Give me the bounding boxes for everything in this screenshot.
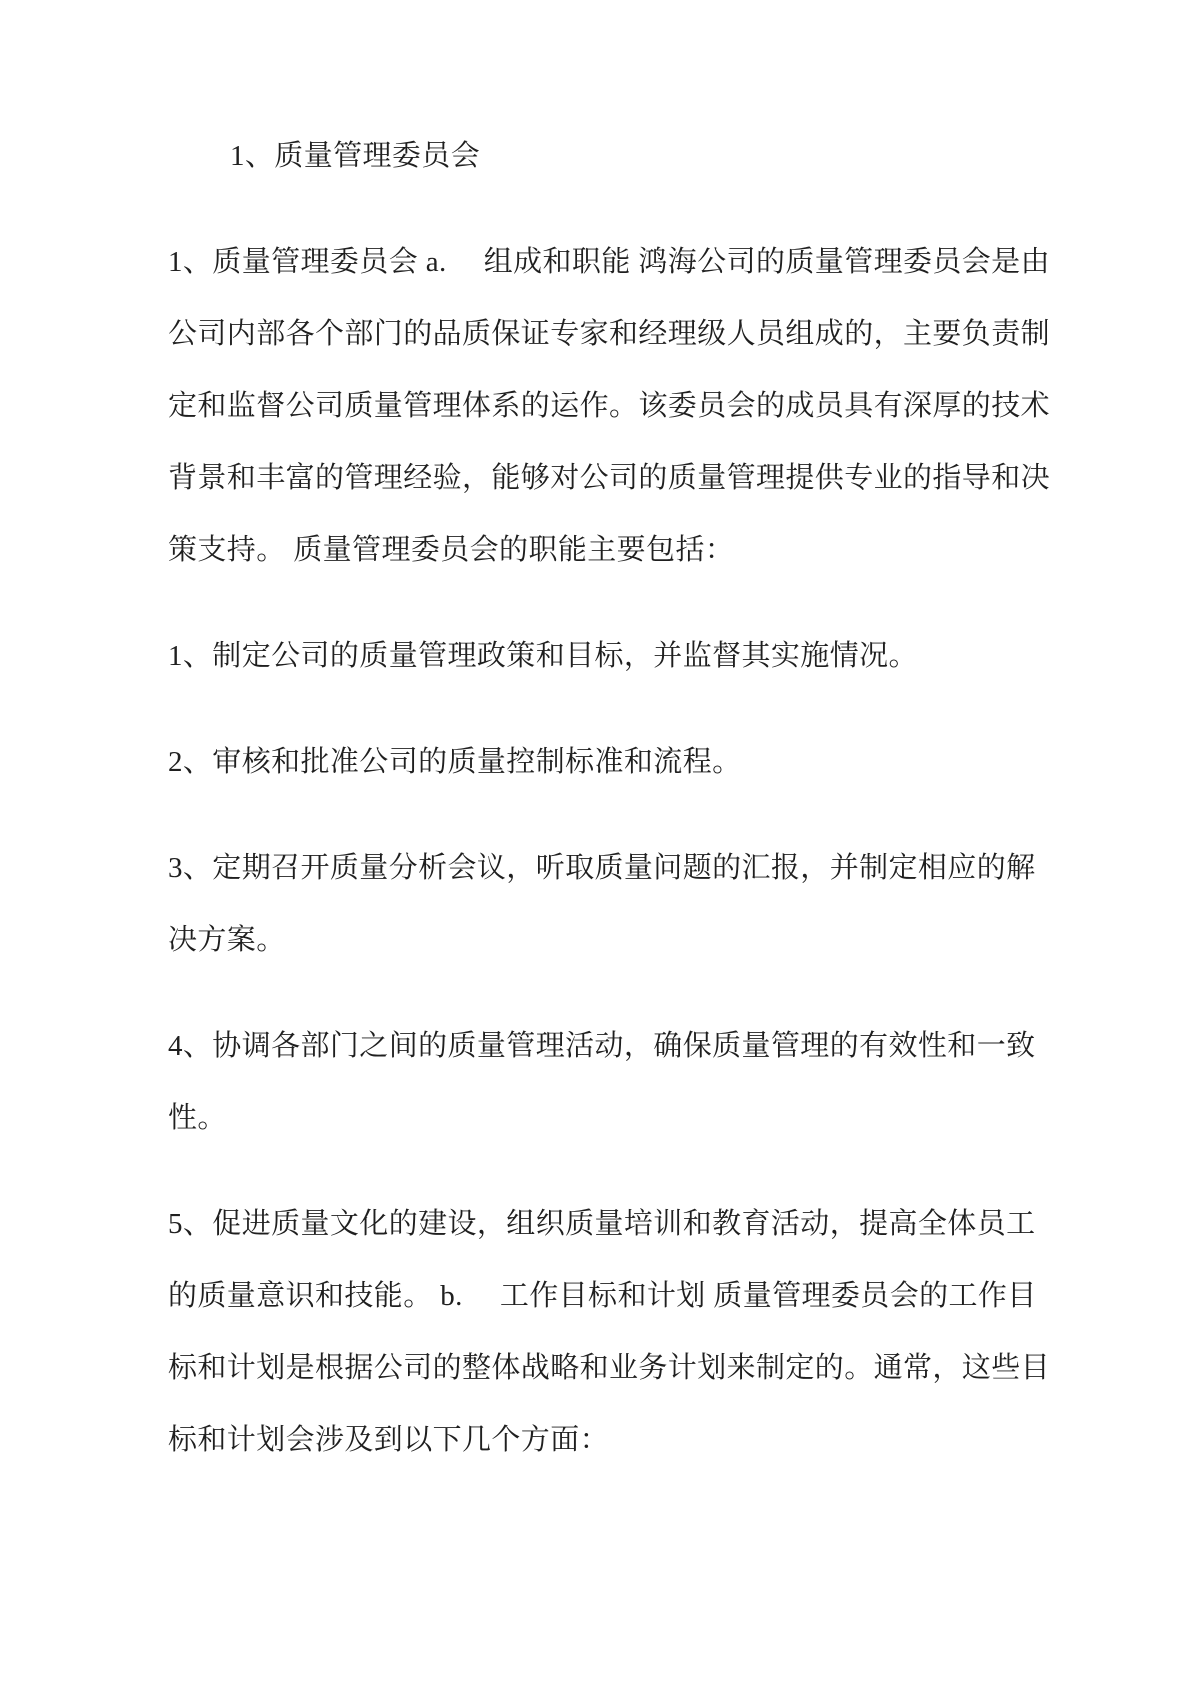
text-line: 的质量意识和技能。 b. 工作目标和计划 质量管理委员会的工作目 — [168, 1260, 1041, 1332]
paragraph-item-4: 4、协调各部门之间的质量管理活动，确保质量管理的有效性和一致 性。 — [168, 1010, 1041, 1154]
paragraph-item-2: 2、审核和批准公司的质量控制标准和流程。 — [168, 726, 1041, 798]
text-line: 公司内部各个部门的品质保证专家和经理级人员组成的，主要负责制 — [168, 298, 1041, 370]
text-line: 1、制定公司的质量管理政策和目标，并监督其实施情况。 — [168, 620, 1041, 692]
text-line: 性。 — [168, 1082, 1041, 1154]
heading-text: 1、质量管理委员会 — [168, 120, 1041, 192]
text-line: 策支持。 质量管理委员会的职能主要包括： — [168, 514, 1041, 586]
text-line: 标和计划会涉及到以下几个方面： — [168, 1404, 1041, 1476]
text-line: 定和监督公司质量管理体系的运作。该委员会的成员具有深厚的技术 — [168, 370, 1041, 442]
document-heading: 1、质量管理委员会 — [168, 120, 1041, 192]
text-line: 3、定期召开质量分析会议，听取质量问题的汇报，并制定相应的解 — [168, 832, 1041, 904]
text-line: 标和计划是根据公司的整体战略和业务计划来制定的。通常，这些目 — [168, 1332, 1041, 1404]
text-line: 背景和丰富的管理经验，能够对公司的质量管理提供专业的指导和决 — [168, 442, 1041, 514]
paragraph-item-5: 5、促进质量文化的建设，组织质量培训和教育活动，提高全体员工 的质量意识和技能。… — [168, 1188, 1041, 1476]
text-line: 5、促进质量文化的建设，组织质量培训和教育活动，提高全体员工 — [168, 1188, 1041, 1260]
text-line: 决方案。 — [168, 904, 1041, 976]
paragraph-item-1: 1、制定公司的质量管理政策和目标，并监督其实施情况。 — [168, 620, 1041, 692]
text-line: 1、质量管理委员会 a. 组成和职能 鸿海公司的质量管理委员会是由 — [168, 226, 1041, 298]
text-line: 2、审核和批准公司的质量控制标准和流程。 — [168, 726, 1041, 798]
text-line: 4、协调各部门之间的质量管理活动，确保质量管理的有效性和一致 — [168, 1010, 1041, 1082]
paragraph-intro: 1、质量管理委员会 a. 组成和职能 鸿海公司的质量管理委员会是由 公司内部各个… — [168, 226, 1041, 586]
paragraph-item-3: 3、定期召开质量分析会议，听取质量问题的汇报，并制定相应的解 决方案。 — [168, 832, 1041, 976]
document-page: 1、质量管理委员会 1、质量管理委员会 a. 组成和职能 鸿海公司的质量管理委员… — [0, 0, 1191, 1684]
